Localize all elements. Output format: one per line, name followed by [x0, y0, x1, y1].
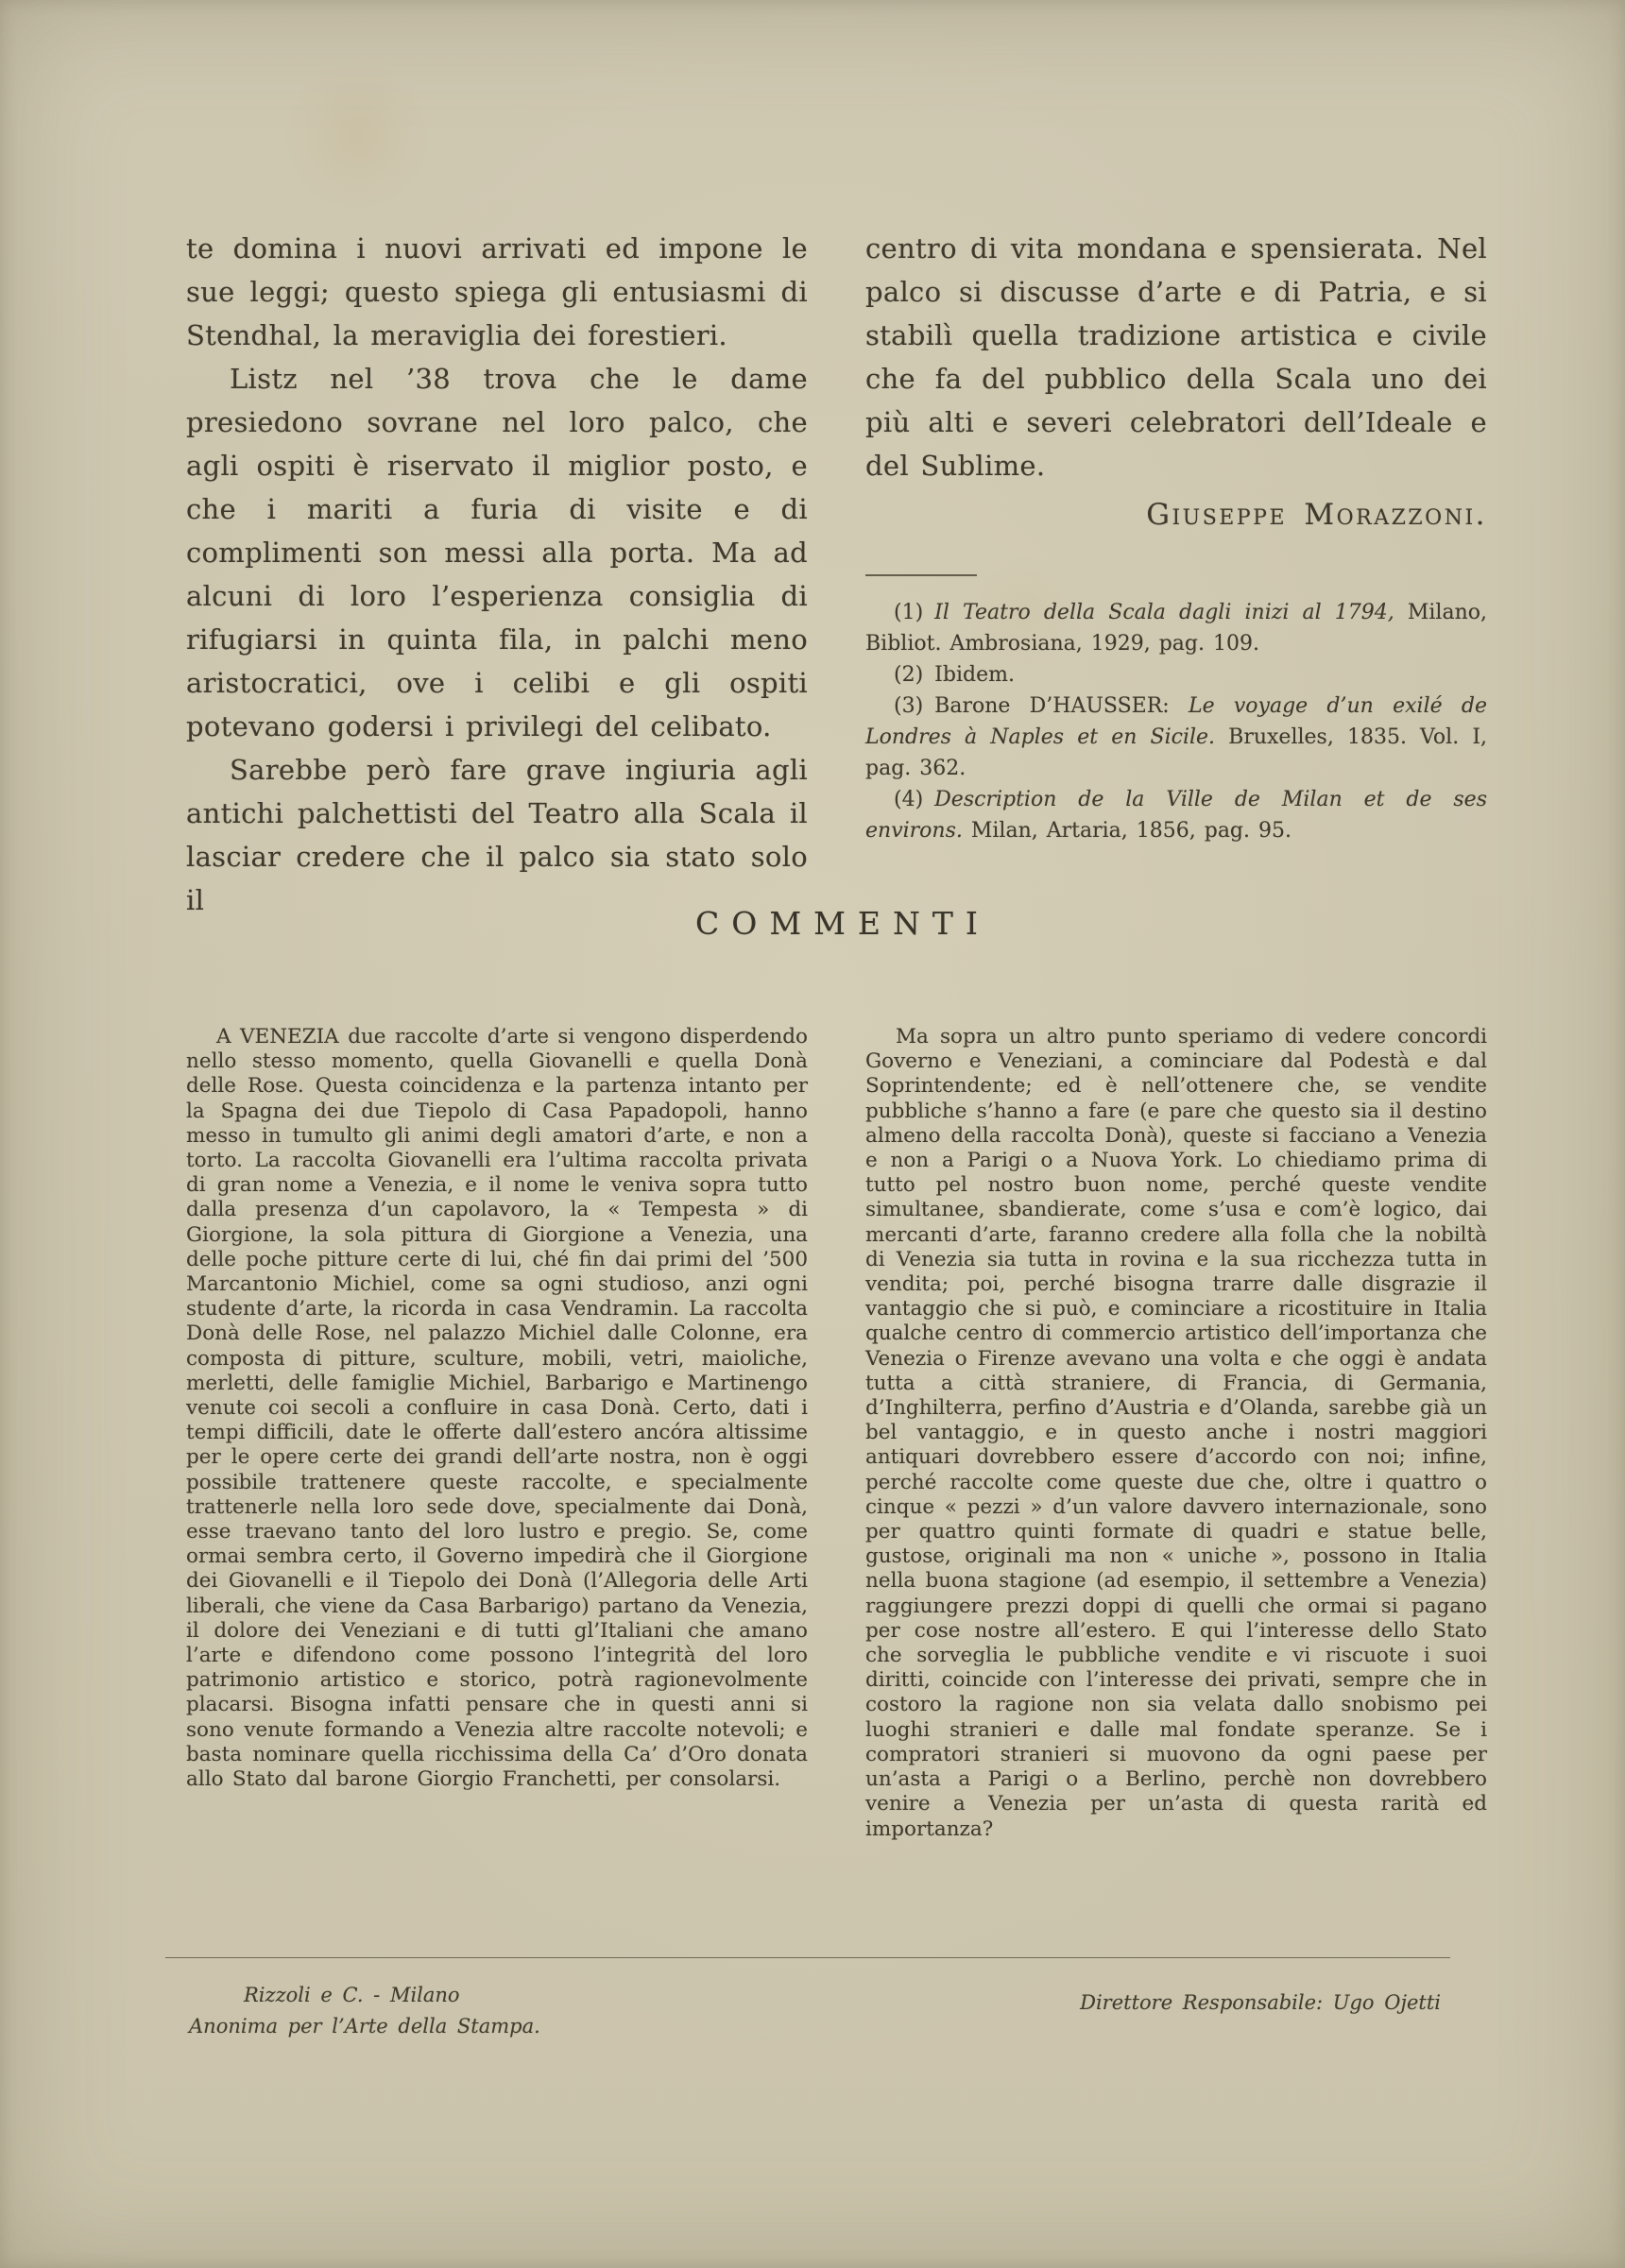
footnote-text: Milan, Artaria, 1856, pag. 95. — [963, 819, 1291, 843]
footnote: (2)Ibidem. — [865, 659, 1487, 691]
footnote-text: Ibidem. — [934, 663, 1015, 687]
footnote: (3)Barone D’HAUSSER: Le voyage d’un exil… — [865, 691, 1487, 784]
article-paragraph: te domina i nuovi arrivati ed impone le … — [186, 227, 808, 357]
footnote-text: Barone D’HAUSSER: — [934, 694, 1189, 718]
article-continuation-section: te domina i nuovi arrivati ed impone le … — [186, 227, 1487, 922]
footer-rule — [165, 1957, 1450, 1958]
scanned-magazine-page: { "article": { "left_paragraphs": [ { "i… — [0, 0, 1625, 2268]
footnote-text-italic: Il Teatro della Scala dagli inizi al 179… — [934, 601, 1394, 624]
footnote-marker: (3) — [894, 694, 923, 718]
footnote-marker: (4) — [894, 788, 923, 811]
director-credit: Direttore Responsabile: Ugo Ojetti — [1080, 1987, 1441, 2019]
publisher-company: Anonima per l’Arte della Stampa. — [189, 2011, 540, 2042]
author-signature: Giuseppe Morazzoni. — [865, 493, 1487, 537]
article-paragraph: Listz nel ’38 trova che le dame presiedo… — [186, 357, 808, 748]
footnotes-block: (1)Il Teatro della Scala dagli inizi al … — [865, 597, 1487, 846]
footnote-marker: (2) — [894, 663, 923, 687]
publisher-imprint: Rizzoli e C. - Milano Anonima per l’Arte… — [189, 1980, 540, 2042]
section-heading: COMMENTI — [186, 905, 1487, 942]
article-right-column: centro di vita mondana e spensierata. Ne… — [865, 227, 1487, 922]
footnote: (4)Description de la Ville de Milan et d… — [865, 784, 1487, 846]
magazine-page: te domina i nuovi arrivati ed impone le … — [0, 0, 1625, 2268]
commenti-paragraph: Ma sopra un altro punto speriamo di vede… — [865, 1025, 1487, 1842]
publisher-name: Rizzoli e C. - Milano — [189, 1980, 540, 2011]
commenti-section: A VENEZIA due raccolte d’arte si vengono… — [186, 1025, 1487, 1842]
footnote-separator-rule — [865, 574, 977, 576]
footnote: (1)Il Teatro della Scala dagli inizi al … — [865, 597, 1487, 659]
commenti-right-column: Ma sopra un altro punto speriamo di vede… — [865, 1025, 1487, 1842]
article-paragraph: centro di vita mondana e spensierata. Ne… — [865, 227, 1487, 487]
commenti-left-column: A VENEZIA due raccolte d’arte si vengono… — [186, 1025, 808, 1842]
commenti-paragraph: A VENEZIA due raccolte d’arte si vengono… — [186, 1025, 808, 1792]
article-paragraph: Sarebbe però fare grave ingiuria agli an… — [186, 748, 808, 922]
article-left-column: te domina i nuovi arrivati ed impone le … — [186, 227, 808, 922]
footnote-marker: (1) — [894, 601, 923, 624]
